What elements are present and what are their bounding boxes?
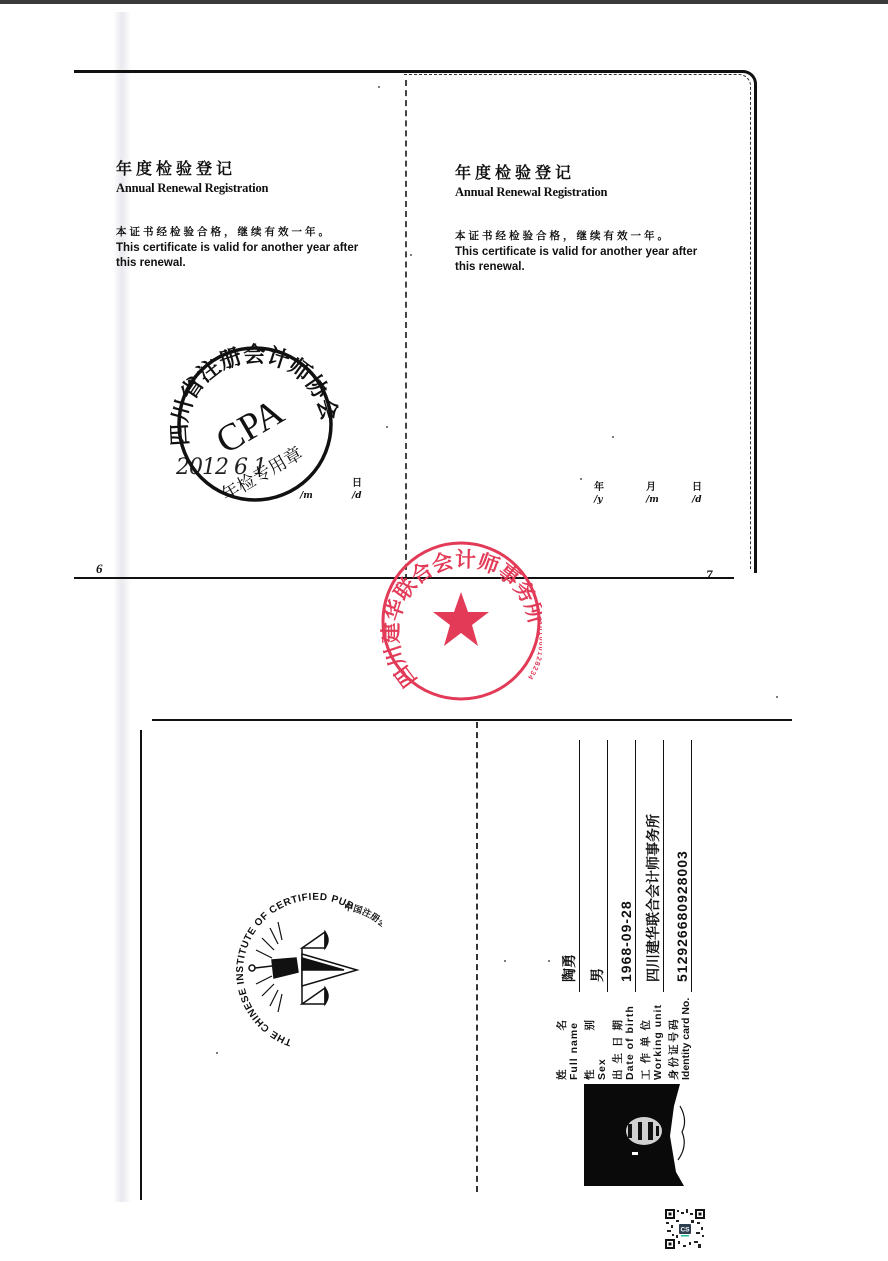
label-zh: 工作单位 xyxy=(640,992,652,1080)
renewal-body-en: This certificate is valid for another ye… xyxy=(455,245,725,275)
scan-speck xyxy=(378,86,380,88)
scan-speck xyxy=(580,478,582,480)
page-left-edge xyxy=(140,730,142,1200)
id-row-dob: 出生日期 Date of birth 1968-09-28 xyxy=(612,740,636,1080)
date-year: 年 /y xyxy=(594,482,646,506)
scan-speck xyxy=(410,254,412,256)
identity-card-value: 512926680928003 xyxy=(673,740,692,992)
renewal-body-en-line1: This certificate is valid for another ye… xyxy=(116,241,386,256)
renewal-page-left: 年度检验登记 Annual Renewal Registration 本证书经检… xyxy=(116,156,386,271)
id-photo xyxy=(584,1076,688,1186)
label-zh: 出生日期 xyxy=(612,992,624,1080)
date-day: 日 /d xyxy=(692,482,702,506)
date-day: 日 /d xyxy=(352,478,362,502)
sex-value: 男 xyxy=(589,740,608,992)
scan-speck xyxy=(504,960,506,962)
page-fold xyxy=(405,80,407,580)
qr-code[interactable]: CS xyxy=(664,1208,706,1250)
id-row-name: 姓 名 Full name 陶勇 xyxy=(556,740,580,1080)
renewal-body-zh: 本证书经检验合格，继续有效一年。 xyxy=(455,228,725,243)
logo-ring-text-zh: 中国注册会计师协会 xyxy=(343,901,382,961)
scales-icon xyxy=(249,922,357,1012)
id-row-working-unit: 工作单位 Working unit 四川建华联合会计师事务所 xyxy=(640,740,664,1080)
label-en: Date of birth xyxy=(624,992,636,1080)
renewal-body-zh: 本证书经检验合格，继续有效一年。 xyxy=(116,224,386,239)
renewal-title-en: Annual Renewal Registration xyxy=(455,185,725,200)
page-number-right: 7 xyxy=(706,567,713,583)
working-unit-value: 四川建华联合会计师事务所 xyxy=(645,740,664,992)
page-top-edge xyxy=(152,719,792,721)
renewal-page-right: 年度检验登记 Annual Renewal Registration 本证书经检… xyxy=(455,160,725,275)
label-en: Working unit xyxy=(652,992,664,1080)
id-row-sex: 性 别 Sex 男 xyxy=(584,740,608,1080)
scan-speck xyxy=(548,960,550,962)
full-name-value: 陶勇 xyxy=(561,740,580,992)
label-zh: 身份证号码 xyxy=(668,992,680,1080)
page-fold xyxy=(476,722,478,1192)
firm-seal-stamp: 四川建华联合会计师事务所 5101000128234 xyxy=(380,540,542,702)
page-number-left: 6 xyxy=(96,561,103,577)
svg-text:中国注册会计师协会: 中国注册会计师协会 xyxy=(343,901,382,961)
cicpa-logo: THE CHINESE INSTITUTE OF CERTIFIED PUBLI… xyxy=(212,880,382,1060)
renewal-title-zh: 年度检验登记 xyxy=(116,156,386,179)
renewal-body-en-line1: This certificate is valid for another ye… xyxy=(455,245,725,260)
annual-check-stamp: 四川省注册会计师协会 CPA 年检专用章 xyxy=(170,340,340,505)
id-row-id-card: 身份证号码 Identity card No. 512926680928003 xyxy=(668,740,692,1080)
renewal-date-right: 年 /y 月 /m 日 /d xyxy=(594,482,702,506)
scan-speck xyxy=(386,426,388,428)
scan-speck xyxy=(216,1052,218,1054)
renewal-title-zh: 年度检验登记 xyxy=(455,160,725,183)
id-info-block: 姓 名 Full name 陶勇 性 别 Sex 男 出生日期 Date of … xyxy=(556,740,726,1080)
renewal-spread xyxy=(74,64,758,584)
renewal-title-en: Annual Renewal Registration xyxy=(116,181,386,196)
scan-speck xyxy=(776,696,778,698)
renewal-body-en: This certificate is valid for another ye… xyxy=(116,241,386,271)
label-en: Identity card No. xyxy=(680,992,692,1080)
scan-speck xyxy=(612,436,614,438)
viewer-top-bar xyxy=(0,0,888,4)
date-of-birth-value: 1968-09-28 xyxy=(617,740,636,992)
label-en: Sex xyxy=(596,992,608,1080)
qr-label: CS xyxy=(680,1227,690,1234)
label-en: Full name xyxy=(568,992,580,1080)
label-zh: 性 别 xyxy=(584,992,596,1080)
renewal-body-en-line2: this renewal. xyxy=(116,256,386,271)
date-month: 月 /m xyxy=(646,482,692,506)
renewal-body-en-line2: this renewal. xyxy=(455,260,725,275)
label-zh: 姓 名 xyxy=(556,992,568,1080)
star-icon xyxy=(433,592,489,646)
